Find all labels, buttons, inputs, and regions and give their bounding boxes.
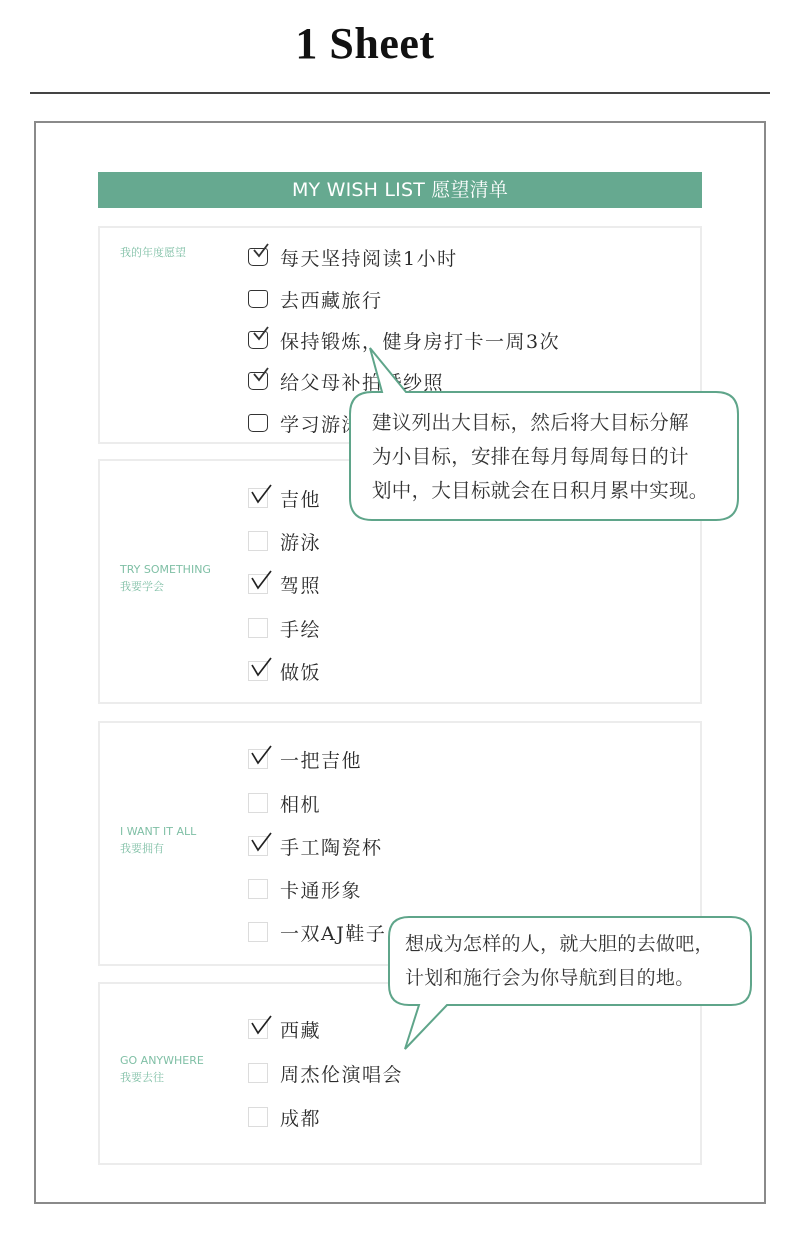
checkbox-unchecked[interactable] — [248, 793, 268, 813]
item-text: 去西藏旅行 — [280, 286, 383, 313]
list-item[interactable]: 周杰伦演唱会 — [248, 1058, 403, 1088]
item-text: 驾照 — [280, 571, 321, 598]
checkbox-checked[interactable] — [248, 331, 268, 349]
list-item[interactable]: 西藏 — [248, 1014, 321, 1044]
checkmark-icon — [249, 744, 273, 766]
checkmark-icon — [251, 367, 269, 383]
checkmark-icon — [249, 483, 273, 505]
item-text: 一把吉他 — [280, 746, 362, 773]
list-item[interactable]: 学习游泳 — [248, 408, 362, 438]
page-title: 1 Sheet — [0, 18, 730, 69]
checkbox-checked[interactable] — [248, 488, 268, 508]
checkbox-unchecked[interactable] — [248, 879, 268, 899]
item-text: 一双AJ鞋子 — [280, 919, 386, 946]
item-text: 游泳 — [280, 528, 321, 555]
checkbox-unchecked[interactable] — [248, 922, 268, 942]
section-label-cn: 我要学会 — [120, 578, 211, 595]
list-item[interactable]: 手工陶瓷杯 — [248, 831, 383, 861]
section-label-cn: 我要拥有 — [120, 840, 196, 857]
item-text: 手绘 — [280, 615, 321, 642]
item-text: 西藏 — [280, 1016, 321, 1043]
checkmark-icon — [249, 569, 273, 591]
checkbox-unchecked[interactable] — [248, 618, 268, 638]
checkbox-checked[interactable] — [248, 574, 268, 594]
section-label: I WANT IT ALL 我要拥有 — [120, 823, 196, 857]
list-item[interactable]: 驾照 — [248, 569, 321, 599]
checkbox-unchecked[interactable] — [248, 1107, 268, 1127]
item-text: 手工陶瓷杯 — [280, 833, 383, 860]
item-text: 卡通形象 — [280, 876, 362, 903]
item-text: 吉他 — [280, 485, 321, 512]
checkbox-unchecked[interactable] — [248, 290, 268, 308]
section-label: 我的年度愿望 — [120, 244, 186, 261]
checkbox-unchecked[interactable] — [248, 414, 268, 432]
checkbox-unchecked[interactable] — [248, 1063, 268, 1083]
item-text: 成都 — [280, 1104, 321, 1131]
checkmark-icon — [251, 326, 269, 342]
list-item[interactable]: 做饭 — [248, 656, 321, 686]
item-text: 相机 — [280, 790, 321, 817]
section-label-en: GO ANYWHERE — [120, 1052, 204, 1069]
list-item[interactable]: 成都 — [248, 1102, 321, 1132]
section-label: TRY SOMETHING 我要学会 — [120, 561, 211, 595]
callout-text: 想成为怎样的人，就大胆的去做吧， 计划和施行会为你导航到目的地。 — [405, 927, 714, 995]
list-item[interactable]: 一双AJ鞋子 — [248, 917, 386, 947]
checkbox-checked[interactable] — [248, 372, 268, 390]
section-label: GO ANYWHERE 我要去往 — [120, 1052, 204, 1086]
checkbox-checked[interactable] — [248, 1019, 268, 1039]
item-text: 每天坚持阅读1小时 — [280, 244, 458, 271]
checkbox-unchecked[interactable] — [248, 531, 268, 551]
tip-callout-goals: 建议列出大目标，然后将大目标分解 为小目标，安排在每月每周每日的计 划中，大目标… — [348, 346, 740, 524]
checkmark-icon — [249, 656, 273, 678]
wish-list-banner: MY WISH LIST 愿望清单 — [98, 172, 702, 208]
list-item[interactable]: 去西藏旅行 — [248, 284, 383, 314]
section-label-cn: 我的年度愿望 — [120, 244, 186, 261]
section-label-cn: 我要去往 — [120, 1069, 204, 1086]
callout-text: 建议列出大目标，然后将大目标分解 为小目标，安排在每月每周每日的计 划中，大目标… — [372, 406, 709, 508]
list-item[interactable]: 相机 — [248, 788, 321, 818]
checkbox-checked[interactable] — [248, 836, 268, 856]
list-item[interactable]: 吉他 — [248, 483, 321, 513]
checkbox-checked[interactable] — [248, 661, 268, 681]
checkmark-icon — [251, 243, 269, 259]
tip-callout-action: 想成为怎样的人，就大胆的去做吧， 计划和施行会为你导航到目的地。 — [387, 915, 755, 1055]
list-item[interactable]: 游泳 — [248, 526, 321, 556]
section-label-en: I WANT IT ALL — [120, 823, 196, 840]
checkbox-checked[interactable] — [248, 248, 268, 266]
section-label-en: TRY SOMETHING — [120, 561, 211, 578]
list-item[interactable]: 手绘 — [248, 613, 321, 643]
list-item[interactable]: 每天坚持阅读1小时 — [248, 242, 458, 272]
checkmark-icon — [249, 831, 273, 853]
title-divider — [30, 92, 770, 94]
checkmark-icon — [249, 1014, 273, 1036]
item-text: 周杰伦演唱会 — [280, 1060, 403, 1087]
checkbox-checked[interactable] — [248, 749, 268, 769]
item-text: 做饭 — [280, 658, 321, 685]
list-item[interactable]: 卡通形象 — [248, 874, 362, 904]
list-item[interactable]: 一把吉他 — [248, 744, 362, 774]
